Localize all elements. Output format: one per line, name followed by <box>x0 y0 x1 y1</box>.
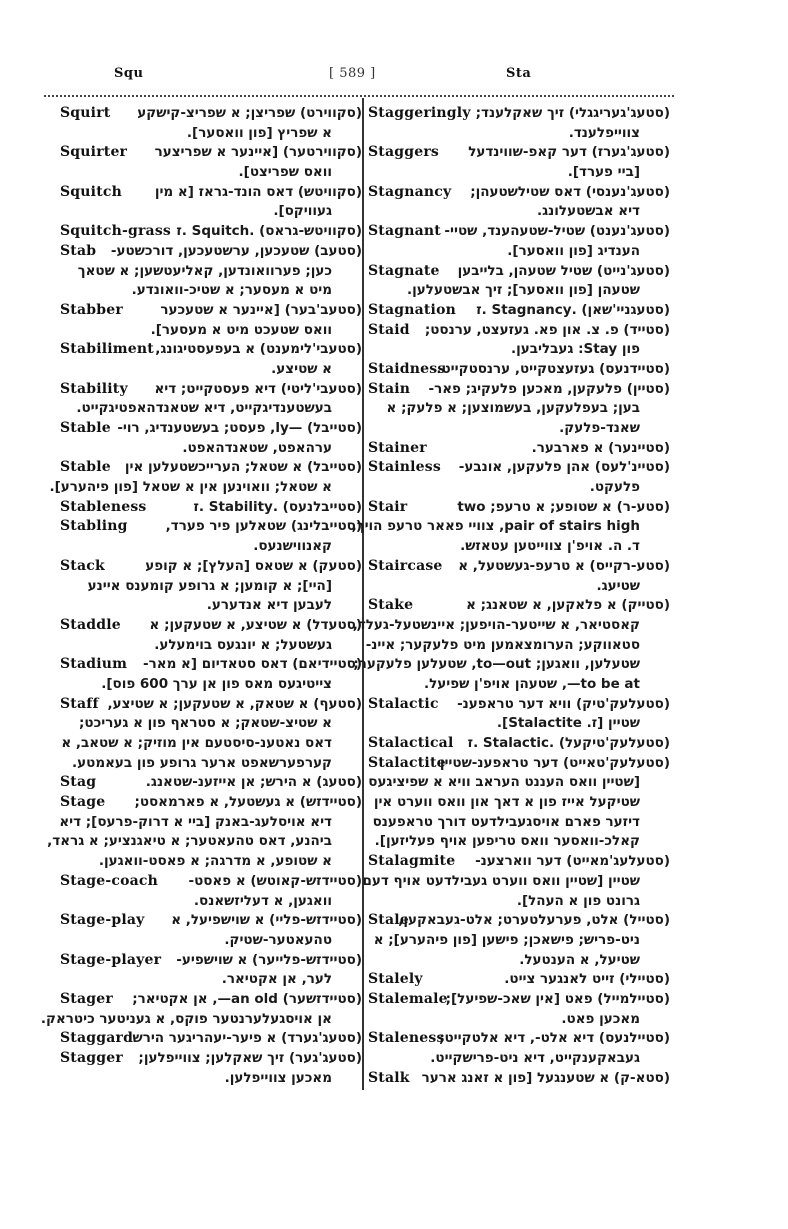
definition-text: מאכען צווייפלען. <box>225 1069 332 1089</box>
dictionary-continuation-line: קאלכ-וואסער וואס טריפען אויף פעליזען]. <box>368 832 670 852</box>
dictionary-entry-line: Staid(סטייד) פ. צ. און פא. געזעצט, ערנסט… <box>368 321 670 341</box>
definition-text: (סטע-רקייס) א טרעפ-געשטעל, א <box>458 557 670 577</box>
definition-text: to be at—, שטעהן אויפ'ן שפיעל. <box>424 675 640 695</box>
definition-text: (סטעק) א שטאס [העלץ]; א קופע <box>145 557 362 577</box>
definition-text: א שטיצע. <box>271 360 332 380</box>
headword: Stabber <box>60 301 123 321</box>
definition-text: דאס נאטענ-סיסטעם אין מוזיק; א שטאב, א <box>61 734 332 754</box>
definition-text: (סטיידזש) א געשטעל, א פארמאסט; <box>134 793 362 813</box>
definition-text: (סטייל) אלט, פערעלטערט; אלט-געבאקען, <box>398 911 670 931</box>
dictionary-entry-line: Stalemale(סטיילמייל) פאט [אין שאכ-שפיעל]… <box>368 990 670 1010</box>
headword: Staddle <box>60 616 121 636</box>
definition-text: (סטעלעק'טיקעל) .Stalactic .ז <box>468 734 670 754</box>
dictionary-entry-line: Stalagmite(סטעלעג'מאייט) דער ווארצענ- <box>368 852 670 872</box>
definition-text: א שטיצ-שטאק; א סטראף פון א געריכט; <box>79 714 332 734</box>
dictionary-entry-line: Stalactite(סטעלעק'טאייט) דער טראפענ-שטיי… <box>368 754 670 774</box>
dictionary-entry-line: Staff(סטעף) א שטאק, א שטעקען; א שטיצע, <box>60 695 362 715</box>
dictionary-entry-line: Stage-play(סטיידזש-פליי) א שוישפיעל, א <box>60 911 362 931</box>
dictionary-entry-line: Stager(סטיידזשער) an old—, אן אקטיאר; <box>60 990 362 1010</box>
page-header: Squ [ 589 ] Sta <box>44 66 674 88</box>
header-rule <box>44 95 674 97</box>
dictionary-continuation-line: בען; בעפלעקען, בעשמוצען; א פלעק; א <box>368 399 670 419</box>
definition-text: כען; פערוואונדען, קאליעטשען; א שטאך <box>78 262 332 282</box>
definition-text: לעבען דיא אנדערע. <box>207 596 332 616</box>
dictionary-entry-line: Stage-coach(סטיידזש-קאוטש) א פאסט- <box>60 872 362 892</box>
headword: Staggers <box>368 143 439 163</box>
dictionary-continuation-line: דיזער פארם אויסגעבילדעט דורך טראפענס <box>368 813 670 833</box>
dictionary-entry-line: Staircase(סטע-רקייס) א טרעפ-געשטעל, א <box>368 557 670 577</box>
dictionary-continuation-line: א שטופע, א מדרגה; א פאסט-וואגען. <box>60 852 362 872</box>
dictionary-entry-line: Stalactical(סטעלעק'טיקעל) .Stalactic .ז <box>368 734 670 754</box>
definition-text: (סטעלעג'מאייט) דער ווארצענ- <box>475 852 670 872</box>
dictionary-continuation-line: א שטאל; וואוינען אין א שטאל [פון פיהערע]… <box>60 478 362 498</box>
dictionary-entry-line: Stable(סטייבל) —ly, פעסט; בעשטענדיג, רוי… <box>60 419 362 439</box>
page-number: [ 589 ] <box>329 66 376 81</box>
left-column: Squirt(סקווירט) שפריצן; א שפריצ-קישקעא ש… <box>60 104 362 1088</box>
definition-text: (סטיינער) א פארבער. <box>532 439 670 459</box>
definition-text: שטיין [ז. Stalactite]. <box>497 714 640 734</box>
definition-text: מיט א מעסער; א שטיכ-וואונדע. <box>132 281 332 301</box>
dictionary-continuation-line: פון Stay: געבליבען. <box>368 340 670 360</box>
headword: Stagnancy <box>368 183 451 203</box>
headword: Stalactite <box>368 754 446 774</box>
dictionary-entry-line: Stage(סטיידזש) א געשטעל, א פארמאסט; <box>60 793 362 813</box>
definition-text: (סטעג'גערז) דער קאפ-שווינדעל <box>468 143 670 163</box>
definition-text: (סטיין) פלעקען, מאכען פלעקיג; פאר- <box>429 380 671 400</box>
definition-text: [היי]; א קומען; א גרופע קומענס איינע <box>88 577 332 597</box>
dictionary-continuation-line: שטעהן [פון וואסער]; זיך אבשטעלען. <box>368 281 670 301</box>
dictionary-entry-line: Stagnancy(סטעג'נענסי) דאס שטילשטעהן; <box>368 183 670 203</box>
definition-text: (סטעלעק'טאייט) דער טראפענ-שטיין <box>440 754 670 774</box>
dictionary-entry-line: Stagnant(סטעג'נענט) שטיל-שטעהענד, שטיי- <box>368 222 670 242</box>
headword: Stalk <box>368 1069 410 1089</box>
dictionary-entry-line: Stagnation(סטעגניי'שאן) .Stagnancy .ז <box>368 301 670 321</box>
definition-text: געבאקענקייט, דיא ניט-פרישקייט. <box>430 1049 640 1069</box>
definition-text: גרונט פון א העהל]. <box>517 892 640 912</box>
definition-text: (סטעג'נייט) שטיל שטעהן, בלייבען <box>458 262 670 282</box>
definition-text: אן אויסגעלערנטער פוקס, א געניטער כיטראק. <box>41 1010 332 1030</box>
definition-text: (סקווירט) שפריצן; א שפריצ-קישקע <box>137 104 362 124</box>
headword: Stag <box>60 773 96 793</box>
headword: Staircase <box>368 557 443 577</box>
headword: Stagnant <box>368 222 441 242</box>
dictionary-continuation-line: שטיין [ז. Stalactite]. <box>368 714 670 734</box>
dictionary-continuation-line: דיא אבשטעלונג. <box>368 202 670 222</box>
definition-text: ניט-פריש; פישאכן; פישען [פון פיהערע]; א <box>374 931 640 951</box>
headword: Stage-player <box>60 951 161 971</box>
dictionary-entry-line: Stale(סטייל) אלט, פערעלטערט; אלט-געבאקען… <box>368 911 670 931</box>
dictionary-entry-line: Stalactic(סטעלעק'טיק) וויא דער טראפענ- <box>368 695 670 715</box>
headword: Stack <box>60 557 105 577</box>
dictionary-continuation-line: ד. ה. אויפ'ן צווייטען עטאזש. <box>368 537 670 557</box>
dictionary-continuation-line: קאנווישנעס. <box>60 537 362 557</box>
headword: Stableness <box>60 498 147 518</box>
headword: Stalely <box>368 970 423 990</box>
definition-text: (סטייבלינג) שטאלען פיר פערד, <box>166 517 362 537</box>
column-divider <box>362 98 364 1090</box>
headword: Stalactic <box>368 695 439 715</box>
headword: Staggard <box>60 1029 133 1049</box>
headword: Stabiliment <box>60 340 154 360</box>
headword: Stager <box>60 990 113 1010</box>
definition-text: (סטעג'נענט) שטיל-שטעהענד, שטיי- <box>444 222 670 242</box>
headword: Squitch-grass <box>60 222 171 242</box>
headword: Stable <box>60 419 111 439</box>
definition-text: (סטעבי'ליטי) דיא פעסטקייט; דיא <box>154 380 362 400</box>
definition-text: (סטיידזש-פלייער) א שוישפיע- <box>176 951 362 971</box>
definition-text: (סטעגניי'שאן) .Stagnancy .ז <box>476 301 670 321</box>
dictionary-entry-line: Staggers(סטעג'גערז) דער קאפ-שווינדעל <box>368 143 670 163</box>
headword: Stability <box>60 380 128 400</box>
headword: Stabling <box>60 517 128 537</box>
dictionary-entry-line: Stability(סטעבי'ליטי) דיא פעסטקייט; דיא <box>60 380 362 400</box>
dictionary-continuation-line: דיא אויסלעג-באנק [ביי א דרוק-פרעס]; דיא <box>60 813 362 833</box>
headword: Stagnation <box>368 301 456 321</box>
dictionary-entry-line: Squitch-grass(סקוויטש-גראס) .Squitch .ז <box>60 222 362 242</box>
dictionary-continuation-line: to be at—, שטעהן אויפ'ן שפיעל. <box>368 675 670 695</box>
dictionary-entry-line: Stack(סטעק) א שטאס [העלץ]; א קופע <box>60 557 362 577</box>
dictionary-continuation-line: א שטיצע. <box>60 360 362 380</box>
dictionary-entry-line: Stable(סטייבל) א שטאל; הערייכשטעלען אין <box>60 458 362 478</box>
dictionary-continuation-line: pair of stairs high, צוויי פאאר טרעפ הוי… <box>368 517 670 537</box>
definition-text: pair of stairs high, צוויי פאאר טרעפ הוי… <box>352 517 640 537</box>
definition-text: פון Stay: געבליבען. <box>511 340 640 360</box>
definition-text: (סטיילי) זייט לאנגער צייט. <box>504 970 670 990</box>
headword: Stage <box>60 793 105 813</box>
dictionary-continuation-line: בעשטענדיגקייט, דיא שטאנדהאפטיגקייט. <box>60 399 362 419</box>
dictionary-continuation-line: צווייפלענד. <box>368 124 670 144</box>
definition-text: שאנד-פלעק. <box>559 419 640 439</box>
definition-text: שטעהן [פון וואסער]; זיך אבשטעלען. <box>407 281 640 301</box>
dictionary-continuation-line: לעבען דיא אנדערע. <box>60 596 362 616</box>
definition-text: (סקוויטש) דאס הונד-גראז [א מין <box>155 183 362 203</box>
definition-text: וואגען, א דעליזשאנס. <box>194 892 332 912</box>
definition-text: (סטיילמייל) פאט [אין שאכ-שפיעל]; <box>446 990 670 1010</box>
definition-text: (סטעלעק'טיק) וויא דער טראפענ- <box>457 695 670 715</box>
dictionary-continuation-line: [היי]; א קומען; א גרופע קומענס איינע <box>60 577 362 597</box>
dictionary-entry-line: Stabiliment(סטעבי'לימענט) א בעפעסטיגונג, <box>60 340 362 360</box>
definition-text: ביהנע, דאס טהעאטער; א טיאגנציע; א גראד, <box>47 832 332 852</box>
headword: Squirter <box>60 143 127 163</box>
definition-text: ערהאפט, שטאנדהאפט. <box>182 439 332 459</box>
definition-text: צווייפלענד. <box>569 124 640 144</box>
dictionary-entry-line: Staggard(סטעג'גערד) א פיער-יעהריגער הירש… <box>60 1029 362 1049</box>
definition-text: מאכען פאט. <box>561 1010 640 1030</box>
headword: Stake <box>368 596 413 616</box>
dictionary-entry-line: Squirter(סקווירטער) [איינער א שפריצער <box>60 143 362 163</box>
dictionary-continuation-line: [ביי פערד]. <box>368 163 670 183</box>
definition-text: [ביי פערד]. <box>568 163 640 183</box>
definition-text: (סטיידזשער) an old—, אן אקטיאר; <box>132 990 362 1010</box>
dictionary-continuation-line: אן אויסגעלערנטער פוקס, א געניטער כיטראק. <box>60 1010 362 1030</box>
definition-text: וואס שפריצט]. <box>239 163 332 183</box>
definition-text: שטיעל, א הענטעל. <box>519 951 640 971</box>
dictionary-continuation-line: גרונט פון א העהל]. <box>368 892 670 912</box>
dictionary-continuation-line: שטיעל, א הענטעל. <box>368 951 670 971</box>
headword: Staff <box>60 695 99 715</box>
dictionary-continuation-line: שטיקעל אייז פון א דאך און וואס ווערט אין <box>368 793 670 813</box>
dictionary-entry-line: Stag(סטעג) א הירש; אן אייזענ-שטאנג. <box>60 773 362 793</box>
headword: Stalagmite <box>368 852 455 872</box>
definition-text: (סטיידיאם) דאס סטאדיום [א מאר- <box>143 655 362 675</box>
definition-text: (סטעב'בער) [איינער א שטעכער <box>160 301 362 321</box>
dictionary-entry-line: Staddle(סטעדל) א שטיצע, א שטעקען; א <box>60 616 362 636</box>
definition-text: א שטופע, א מדרגה; א פאסט-וואגען. <box>99 852 332 872</box>
definition-text: (סטייד) פ. צ. און פא. געזעצט, ערנסט; <box>425 321 670 341</box>
definition-text: פלעקט. <box>590 478 640 498</box>
dictionary-entry-line: Stain(סטיין) פלעקען, מאכען פלעקיג; פאר- <box>368 380 670 400</box>
headword: Stab <box>60 242 96 262</box>
definition-text: דיא אויסלעג-באנק [ביי א דרוק-פרעס]; דיא <box>59 813 332 833</box>
dictionary-continuation-line: דאס נאטענ-סיסטעם אין מוזיק; א שטאב, א <box>60 734 362 754</box>
dictionary-entry-line: Stableness(סטייבלנעס) .Stability .ז <box>60 498 362 518</box>
headword: Squitch <box>60 183 122 203</box>
definition-text: סטאווקע; הערומצאמען מיט פלעקער; איינ- <box>366 636 640 656</box>
dictionary-entry-line: Stair(סטע-ר) א שטופע; א טרעפ; two <box>368 498 670 518</box>
headword: Stadium <box>60 655 127 675</box>
dictionary-continuation-line: הענדיג [פון וואסער]. <box>368 242 670 262</box>
dictionary-continuation-line: געשטעל; א יונגעס בוימעלע. <box>60 636 362 656</box>
definition-text: (סטעדל) א שטיצע, א שטעקען; א <box>150 616 362 636</box>
definition-text: (סטעג'גערד) א פיער-יעהריגער הירש. <box>127 1029 362 1049</box>
dictionary-continuation-line: [שטיין וואס העננט העראב וויא א שפיציגעס <box>368 773 670 793</box>
definition-text: בעשטענדיגקייט, דיא שטאנדהאפטיגקייט. <box>76 399 332 419</box>
dictionary-entry-line: Staleness(סטיילנעס) דיא אלט-, דיא אלטקיי… <box>368 1029 670 1049</box>
definition-text: (סטעג) א הירש; אן אייזענ-שטאנג. <box>146 773 362 793</box>
definition-text: בען; בעפלעקען, בעשמוצען; א פלעק; א <box>387 399 640 419</box>
guide-word-right: Sta <box>506 66 531 81</box>
dictionary-continuation-line: וואס שטעכט מיט א מעסער]. <box>60 321 362 341</box>
headword: Staid <box>368 321 410 341</box>
dictionary-entry-line: Squirt(סקווירט) שפריצן; א שפריצ-קישקע <box>60 104 362 124</box>
dictionary-entry-line: Staidness(סטיידנעס) געזעצטקייט, ערנסטקיי… <box>368 360 670 380</box>
dictionary-continuation-line: שטעלען, וואגען; to—out, שטעלען פלעקער; <box>368 655 670 675</box>
dictionary-continuation-line: מאכען פאט. <box>368 1010 670 1030</box>
definition-text: (סטעג'גער) זיך שאקלען; צווייפלען; <box>138 1049 362 1069</box>
dictionary-continuation-line: א שפריץ [פון וואסער]. <box>60 124 362 144</box>
dictionary-continuation-line: מיט א מעסער; א שטיכ-וואונדע. <box>60 281 362 301</box>
dictionary-continuation-line: וואס שפריצט]. <box>60 163 362 183</box>
headword: Stainless <box>368 458 441 478</box>
headword: Stalemale <box>368 990 448 1010</box>
dictionary-entry-line: Stage-player(סטיידזש-פלייער) א שוישפיע- <box>60 951 362 971</box>
dictionary-entry-line: Stagnate(סטעג'נייט) שטיל שטעהן, בלייבען <box>368 262 670 282</box>
dictionary-continuation-line: מאכען צווייפלען. <box>60 1069 362 1089</box>
dictionary-entry-line: Stabber(סטעב'בער) [איינער א שטעכער <box>60 301 362 321</box>
dictionary-continuation-line: א שטיצ-שטאק; א סטראף פון א געריכט; <box>60 714 362 734</box>
dictionary-continuation-line: טהעאטער-שטיק. <box>60 931 362 951</box>
dictionary-entry-line: Stadium(סטיידיאם) דאס סטאדיום [א מאר- <box>60 655 362 675</box>
definition-text: (סטייק) א פלאקען, א שטאנג; א <box>466 596 670 616</box>
dictionary-entry-line: Stalely(סטיילי) זייט לאנגער צייט. <box>368 970 670 990</box>
dictionary-continuation-line: געוויקס]. <box>60 202 362 222</box>
headword: Stage-play <box>60 911 144 931</box>
definition-text: (סטע-ר) א שטופע; א טרעפ; two <box>457 498 670 518</box>
definition-text: דיזער פארם אויסגעבילדעט דורך טראפענס <box>373 813 640 833</box>
dictionary-continuation-line: סטאווקע; הערומצאמען מיט פלעקער; איינ- <box>368 636 670 656</box>
headword: Stain <box>368 380 410 400</box>
headword: Stable <box>60 458 111 478</box>
headword: Staidness <box>368 360 445 380</box>
dictionary-entry-line: Stab(סטעב) שטעכען, ערשטעכען, דורכשטע- <box>60 242 362 262</box>
definition-text: געוויקס]. <box>273 202 332 222</box>
definition-text: שטיעג. <box>596 577 640 597</box>
definition-text: (סטעף) א שטאק, א שטעקען; א שטיצע, <box>108 695 362 715</box>
definition-text: הענדיג [פון וואסער]. <box>507 242 640 262</box>
definition-text: (סטייבל) א שטאל; הערייכשטעלען אין <box>125 458 362 478</box>
definition-text: (סטיינ'לעס) אהן פלעקען, אונבע- <box>459 458 670 478</box>
definition-text: (סטיידזש-פליי) א שוישפיעל, א <box>171 911 362 931</box>
definition-text: (סטיידזש-קאוטש) א פאסט- <box>188 872 362 892</box>
dictionary-continuation-line: שטיעג. <box>368 577 670 597</box>
dictionary-entry-line: Stainer(סטיינער) א פארבער. <box>368 439 670 459</box>
headword: Stagger <box>60 1049 123 1069</box>
dictionary-continuation-line: ניט-פריש; פישאכן; פישען [פון פיהערע]; א <box>368 931 670 951</box>
definition-text: (סטא-ק) א שטענגעל [פון א זאנג ארער <box>422 1069 670 1089</box>
headword: Staleness <box>368 1029 445 1049</box>
headword: Stainer <box>368 439 427 459</box>
definition-text: קאלכ-וואסער וואס טריפען אויף פעליזען]. <box>375 832 640 852</box>
headword: Stalactical <box>368 734 453 754</box>
dictionary-continuation-line: קערפערשאפט ארער גרופע פון בעאמטע. <box>60 754 362 774</box>
right-column: Staggeringly(סטעג'געריגגלי) זיך שאקלענד;… <box>368 104 670 1088</box>
dictionary-entry-line: Stagger(סטעג'גער) זיך שאקלען; צווייפלען; <box>60 1049 362 1069</box>
headword: Squirt <box>60 104 110 124</box>
definition-text: געשטעל; א יונגעס בוימעלע. <box>154 636 332 656</box>
dictionary-continuation-line: כען; פערוואונדען, קאליעטשען; א שטאך <box>60 262 362 282</box>
definition-text: (סקוויטש-גראס) .Squitch .ז <box>176 222 362 242</box>
definition-text: (סטעג'נענסי) דאס שטילשטעהן; <box>470 183 670 203</box>
dictionary-entry-line: Stalk(סטא-ק) א שטענגעל [פון א זאנג ארער <box>368 1069 670 1089</box>
dictionary-continuation-line: שאנד-פלעק. <box>368 419 670 439</box>
definition-text: (סטייבלנעס) .Stability .ז <box>194 498 362 518</box>
definition-text: א שטאל; וואוינען אין א שטאל [פון פיהערע]… <box>50 478 333 498</box>
definition-text: (סטעבי'לימענט) א בעפעסטיגונג, <box>155 340 362 360</box>
definition-text: לער, אן אקטיאר. <box>222 970 332 990</box>
definition-text: (סטעג'געריגגלי) זיך שאקלענד; <box>476 104 670 124</box>
dictionary-entry-line: Stabling(סטייבלינג) שטאלען פיר פערד, <box>60 517 362 537</box>
definition-text: (סטעב) שטעכען, ערשטעכען, דורכשטע- <box>111 242 362 262</box>
dictionary-continuation-line: פלעקט. <box>368 478 670 498</box>
definition-text: קאסטיאר, א שייטער-הויפען; איינשטעל-געלד, <box>353 616 640 636</box>
dictionary-entry-line: Squitch(סקוויטש) דאס הונד-גראז [א מין <box>60 183 362 203</box>
dictionary-continuation-line: לער, אן אקטיאר. <box>60 970 362 990</box>
dictionary-entry-line: Staggeringly(סטעג'געריגגלי) זיך שאקלענד; <box>368 104 670 124</box>
headword: Stagnate <box>368 262 440 282</box>
dictionary-entry-line: Stainless(סטיינ'לעס) אהן פלעקען, אונבע- <box>368 458 670 478</box>
definition-text: (סקווירטער) [איינער א שפריצער <box>155 143 362 163</box>
dictionary-entry-line: Stake(סטייק) א פלאקען, א שטאנג; א <box>368 596 670 616</box>
dictionary-continuation-line: צייטיגעס מאס פון אן ערך 600 פוס]. <box>60 675 362 695</box>
definition-text: [שטיין וואס העננט העראב וויא א שפיציגעס <box>368 773 640 793</box>
definition-text: (סטיילנעס) דיא אלט-, דיא אלטקייט; <box>439 1029 670 1049</box>
definition-text: צייטיגעס מאס פון אן ערך 600 פוס]. <box>101 675 332 695</box>
headword: Staggeringly <box>368 104 471 124</box>
definition-text: שטיקעל אייז פון א דאך און וואס ווערט אין <box>374 793 640 813</box>
definition-text: שטיין [שטיין וואס ווערט געבילדעט אויף דע… <box>362 872 640 892</box>
dictionary-continuation-line: שטיין [שטיין וואס ווערט געבילדעט אויף דע… <box>368 872 670 892</box>
dictionary-continuation-line: ביהנע, דאס טהעאטער; א טיאגנציע; א גראד, <box>60 832 362 852</box>
definition-text: (סטיידנעס) געזעצטקייט, ערנסטקייט. <box>436 360 670 380</box>
definition-text: שטעלען, וואגען; to—out, שטעלען פלעקער; <box>353 655 640 675</box>
definition-text: ד. ה. אויפ'ן צווייטען עטאזש. <box>460 537 640 557</box>
definition-text: קאנווישנעס. <box>253 537 332 557</box>
definition-text: א שפריץ [פון וואסער]. <box>187 124 332 144</box>
definition-text: דיא אבשטעלונג. <box>537 202 640 222</box>
definition-text: טהעאטער-שטיק. <box>224 931 332 951</box>
dictionary-continuation-line: וואגען, א דעליזשאנס. <box>60 892 362 912</box>
definition-text: קערפערשאפט ארער גרופע פון בעאמטע. <box>72 754 332 774</box>
guide-word-left: Squ <box>114 66 143 81</box>
dictionary-continuation-line: קאסטיאר, א שייטער-הויפען; איינשטעל-געלד, <box>368 616 670 636</box>
dictionary-continuation-line: ערהאפט, שטאנדהאפט. <box>60 439 362 459</box>
dictionary-continuation-line: געבאקענקייט, דיא ניט-פרישקייט. <box>368 1049 670 1069</box>
headword: Stage-coach <box>60 872 158 892</box>
definition-text: וואס שטעכט מיט א מעסער]. <box>151 321 332 341</box>
definition-text: (סטייבל) —ly, פעסט; בעשטענדיג, רוי- <box>117 419 362 439</box>
headword: Stair <box>368 498 407 518</box>
